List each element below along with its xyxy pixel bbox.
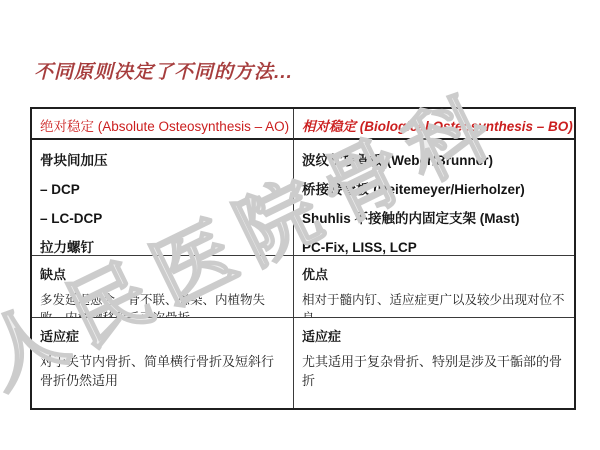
method-line: 骨块间加压 (40, 146, 285, 175)
indications-cell-bo: 适应症 尤其适用于复杂骨折、特别是涉及干骺部的骨折 (294, 318, 574, 408)
method-line: 拉力螺钉 (40, 233, 285, 256)
indications-heading-right: 适应症 (302, 326, 566, 345)
advantages-cell: 优点 相对于髓内钉、适应症更广以及较少出现对位不良 (294, 256, 574, 318)
header-left-label: 绝对稳定 (Absolute Osteosynthesis – AO) (40, 119, 289, 134)
disadvantages-cell: 缺点 多发延迟愈合、骨不联、感染、内植物失败，内植物移除后再次骨折 (32, 256, 294, 318)
advantages-body: 相对于髓内钉、适应症更广以及较少出现对位不良 (302, 291, 566, 318)
header-right-label: 相对稳定 (Biological Osteosynthesis – BO) (302, 119, 573, 134)
methods-cell-bo: 波纹状接骨板 (Weber/Brunner) 桥接接骨板 (Heitemeyer… (294, 140, 574, 256)
indications-body-left: 对于关节内骨折、简单横行骨折及短斜行骨折仍然适用 (40, 353, 285, 391)
comparison-table: 绝对稳定 (Absolute Osteosynthesis – AO) 相对稳定… (30, 107, 576, 410)
presentation-slide: 人民医院骨科 不同原则决定了不同的方法... 绝对稳定 (Absolute Os… (0, 0, 600, 450)
method-line: 桥接接骨板 (Heitemeyer/Hierholzer) (302, 175, 566, 204)
method-line: – DCP (40, 175, 285, 204)
disadvantages-heading: 缺点 (40, 264, 285, 283)
disadvantages-body: 多发延迟愈合、骨不联、感染、内植物失败，内植物移除后再次骨折 (40, 291, 285, 318)
method-line: Shuhlis 不接触的内固定支架 (Mast) (302, 204, 566, 233)
table-header-relative-stability: 相对稳定 (Biological Osteosynthesis – BO) (294, 109, 574, 140)
method-line: PC-Fix, LISS, LCP (302, 233, 566, 256)
indications-cell-ao: 适应症 对于关节内骨折、简单横行骨折及短斜行骨折仍然适用 (32, 318, 294, 408)
method-line: 波纹状接骨板 (Weber/Brunner) (302, 146, 566, 175)
table-header-absolute-stability: 绝对稳定 (Absolute Osteosynthesis – AO) (32, 109, 294, 140)
indications-heading-left: 适应症 (40, 326, 285, 345)
slide-title: 不同原则决定了不同的方法... (34, 57, 293, 84)
method-line: – LC-DCP (40, 204, 285, 233)
advantages-heading: 优点 (302, 264, 566, 283)
indications-body-right: 尤其适用于复杂骨折、特别是涉及干骺部的骨折 (302, 353, 566, 391)
methods-cell-ao: 骨块间加压 – DCP – LC-DCP 拉力螺钉 (32, 140, 294, 256)
